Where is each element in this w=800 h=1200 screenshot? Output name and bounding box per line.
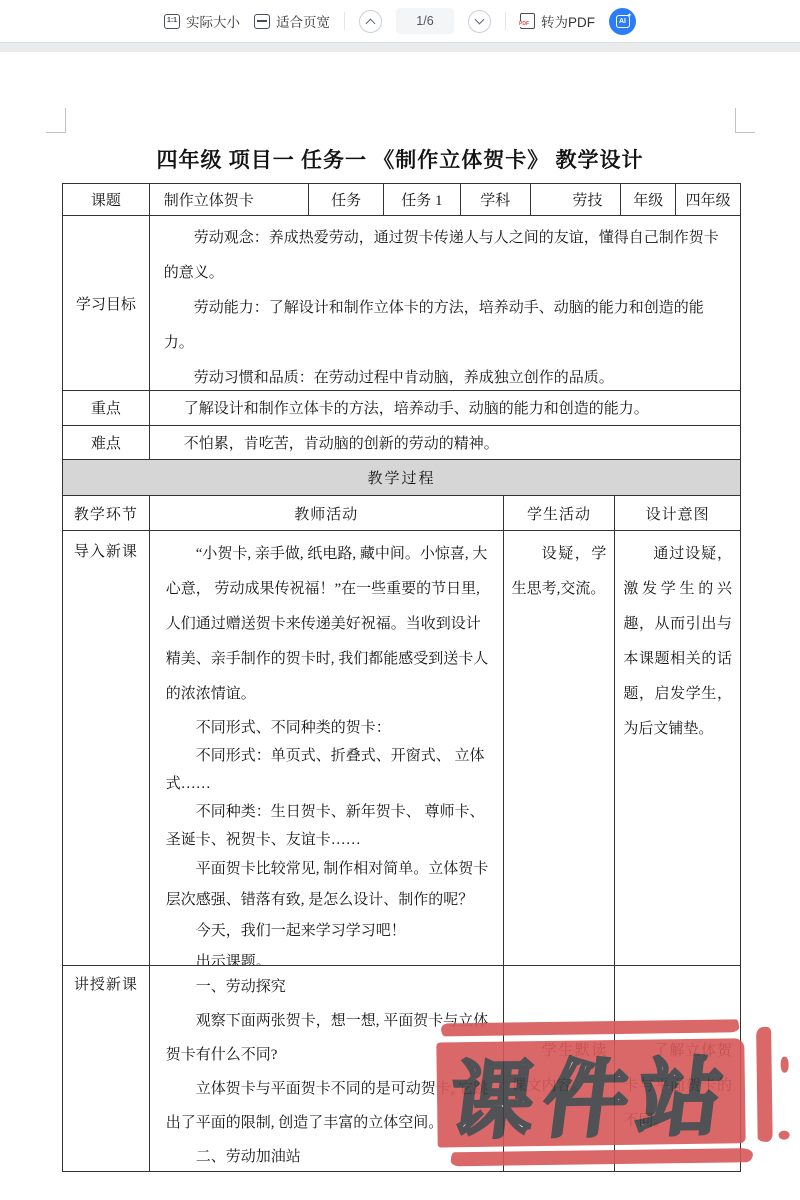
goals-content-cell: 劳动观念：养成热爱劳动，通过贺卡传递人与人之间的友谊，懂得自己制作贺卡的意义。劳… <box>150 216 740 390</box>
subject-label-cell: 学科 <box>461 184 531 215</box>
stamp-ink-blot <box>781 1057 789 1073</box>
text-boundary-corner-left <box>46 108 66 133</box>
column-header-student: 学生活动 <box>504 496 616 530</box>
difficult-point-label-cell: 难点 <box>63 426 150 460</box>
paragraph: 了解立体贺卡与平面贺卡的不同。 <box>623 1034 732 1139</box>
actual-size-button[interactable]: 1:1 实际大小 <box>164 11 240 31</box>
table-row-info: 课题 制作立体贺卡 任务 任务 1 学科 劳技 年级 四年级 <box>63 184 740 216</box>
table-row-key-point: 重点 了解设计和制作立体卡的方法，培养动手、动脑的能力和创造的能力。 <box>63 391 740 426</box>
difficult-point-value-cell: 不怕累，肯吃苦，肯动脑的创新的劳动的精神。 <box>150 426 740 460</box>
task-label-cell: 任务 <box>309 184 384 215</box>
paragraph: 劳动观念：养成热爱劳动，通过贺卡传递人与人之间的友谊，懂得自己制作贺卡的意义。 <box>164 221 726 291</box>
convert-to-pdf-label: 转为PDF <box>541 11 595 31</box>
process-row-teaching: 讲授新课 一、劳动探究观察下面两张贺卡，想一想, 平面贺卡与立体贺卡有什么不同?… <box>63 966 740 1171</box>
paragraph: 劳动能力：了解设计和制作立体卡的方法，培养动手、动脑的能力和创造的能力。 <box>164 291 726 361</box>
convert-to-pdf-button[interactable]: 转为PDF <box>520 11 595 31</box>
table-row-goals: 学习目标 劳动观念：养成热爱劳动，通过贺卡传递人与人之间的友谊，懂得自己制作贺卡… <box>63 216 740 391</box>
sparkle-icon: ✦ <box>627 12 632 19</box>
column-header-teacher: 教师活动 <box>150 496 504 530</box>
stage-cell: 讲授新课 <box>63 966 150 1171</box>
stamp-border-right <box>756 1027 773 1142</box>
ai-assistant-button[interactable]: AI ✦ <box>609 8 636 35</box>
pdf-file-icon <box>520 13 535 29</box>
paragraph: 今天，我们一起来学习学习吧！ <box>166 916 489 947</box>
key-point-label-cell: 重点 <box>63 391 150 425</box>
paragraph: 不同形式：单页式、折叠式、开窗式、 立体式…… <box>166 742 489 798</box>
process-row-intro: 导入新课 “小贺卡, 亲手做, 纸电路, 藏中间。小惊喜, 大心意， 劳动成果传… <box>63 531 740 966</box>
paragraph: 学生默读课文内容。 <box>512 1034 607 1104</box>
paragraph: 不同种类：生日贺卡、新年贺卡、 尊师卡、圣诞卡、祝贺卡、友谊卡…… <box>166 798 489 854</box>
key-point-value-cell: 了解设计和制作立体卡的方法，培养动手、动脑的能力和创造的能力。 <box>150 391 740 425</box>
paragraph: 出示课题。 <box>166 947 489 965</box>
stamp-ink-blot <box>779 1131 790 1140</box>
actual-size-icon: 1:1 <box>164 14 180 29</box>
toolbar-divider <box>505 12 506 30</box>
grade-value-cell: 四年级 <box>676 184 740 215</box>
process-banner-label: 教学过程 <box>367 467 435 488</box>
toolbar-divider <box>344 12 345 30</box>
chevron-down-icon <box>475 14 485 24</box>
student-activity-cell: 学生默读课文内容。 <box>504 966 616 1171</box>
paragraph: 劳动习惯和品质：在劳动过程中肯动脑，养成独立创作的品质。 <box>164 361 726 390</box>
fit-width-icon <box>254 14 270 29</box>
course-label-cell: 课题 <box>63 184 150 215</box>
paragraph: 观察下面两张贺卡，想一想, 平面贺卡与立体贺卡有什么不同? <box>166 1004 489 1072</box>
design-intent-cell: 了解立体贺卡与平面贺卡的不同。 <box>615 966 740 1171</box>
column-header-stage: 教学环节 <box>63 496 150 530</box>
paragraph: 不同形式、不同种类的贺卡： <box>166 714 489 742</box>
process-banner-row: 教学过程 <box>63 460 740 496</box>
grade-label-cell: 年级 <box>621 184 676 215</box>
teacher-activity-cell: 一、劳动探究观察下面两张贺卡，想一想, 平面贺卡与立体贺卡有什么不同?立体贺卡与… <box>150 966 504 1171</box>
paragraph: 一、劳动探究 <box>166 970 489 1004</box>
next-page-button[interactable] <box>468 10 491 33</box>
column-header-intent: 设计意图 <box>615 496 740 530</box>
design-intent-cell: 通过设疑，激发学生的兴趣，从而引出与本课题相关的话题，启发学生，为后文铺垫。 <box>615 531 740 965</box>
document-page: 四年级 项目一 任务一 《制作立体贺卡》 教学设计 课题 制作立体贺卡 任务 任… <box>0 52 800 1200</box>
fit-width-button[interactable]: 适合页宽 <box>254 11 330 31</box>
stage-cell: 导入新课 <box>63 531 150 965</box>
viewer-toolbar: 1:1 实际大小 适合页宽 1/6 转为PDF AI ✦ <box>0 0 800 42</box>
paragraph: 通过设疑，激发学生的兴趣，从而引出与本课题相关的话题，启发学生，为后文铺垫。 <box>623 537 732 747</box>
actual-size-label: 实际大小 <box>186 11 240 31</box>
page-indicator-value: 1/6 <box>416 14 433 28</box>
student-activity-cell: 设疑，学生思考,交流。 <box>504 531 616 965</box>
paragraph: “小贺卡, 亲手做, 纸电路, 藏中间。小惊喜, 大心意， 劳动成果传祝福！”在… <box>166 537 489 712</box>
toolbar-shadow-strip <box>0 42 800 52</box>
table-row-difficult-point: 难点 不怕累，肯吃苦，肯动脑的创新的劳动的精神。 <box>63 426 740 461</box>
lesson-plan-table: 课题 制作立体贺卡 任务 任务 1 学科 劳技 年级 四年级 学习目标 劳动观念… <box>62 183 741 1172</box>
paragraph: 平面贺卡比较常见, 制作相对简单。立体贺卡层次感强、错落有致, 是怎么设计、制作… <box>166 854 489 916</box>
teacher-activity-cell: “小贺卡, 亲手做, 纸电路, 藏中间。小惊喜, 大心意， 劳动成果传祝福！”在… <box>150 531 504 965</box>
document-title: 四年级 项目一 任务一 《制作立体贺卡》 教学设计 <box>0 144 800 174</box>
goals-label-cell: 学习目标 <box>63 216 150 390</box>
fit-width-label: 适合页宽 <box>276 11 330 31</box>
chevron-up-icon <box>366 18 376 28</box>
page-indicator[interactable]: 1/6 <box>396 8 454 34</box>
paragraph: 二、劳动加油站 <box>166 1140 489 1171</box>
course-value-cell: 制作立体贺卡 <box>150 184 310 215</box>
text-boundary-corner-right <box>735 108 755 133</box>
paragraph: 设疑，学生思考,交流。 <box>512 537 607 607</box>
paragraph: 立体贺卡与平面贺卡不同的是可动贺卡, 它跳出了平面的限制, 创造了丰富的立体空间… <box>166 1072 489 1140</box>
previous-page-button[interactable] <box>359 10 382 33</box>
task-value-cell: 任务 1 <box>384 184 461 215</box>
process-header-row: 教学环节 教师活动 学生活动 设计意图 <box>63 496 740 531</box>
subject-value-cell: 劳技 <box>531 184 622 215</box>
